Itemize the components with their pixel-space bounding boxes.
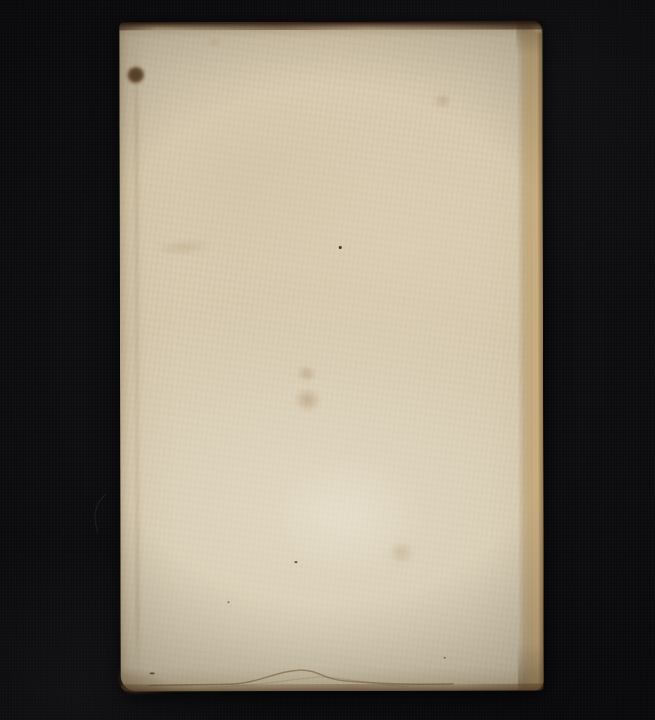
book-fore-edge-band xyxy=(516,22,543,691)
fly-speck-lower-left xyxy=(228,601,230,603)
foxing-spot-mid-right xyxy=(386,538,416,568)
faint-streak-upper-left xyxy=(151,236,216,259)
book-back-cover xyxy=(119,22,543,692)
book-bottom-edge-shadow xyxy=(121,684,544,692)
foxing-spot-top-right xyxy=(431,92,453,110)
light-patch xyxy=(260,442,440,592)
fly-speck-bottom-right xyxy=(444,657,446,659)
corner-stain xyxy=(122,60,154,89)
foxing-spot-top-left xyxy=(205,36,223,48)
photo-background xyxy=(0,0,655,720)
faint-smudge-center xyxy=(280,356,334,427)
background-fiber xyxy=(84,492,116,534)
fly-speck-upper xyxy=(339,246,342,249)
fiber-line xyxy=(95,494,106,532)
book-top-edge-shadow xyxy=(119,22,542,31)
fly-speck-lower-mid xyxy=(294,561,297,563)
cover-hinge-line xyxy=(134,42,139,678)
